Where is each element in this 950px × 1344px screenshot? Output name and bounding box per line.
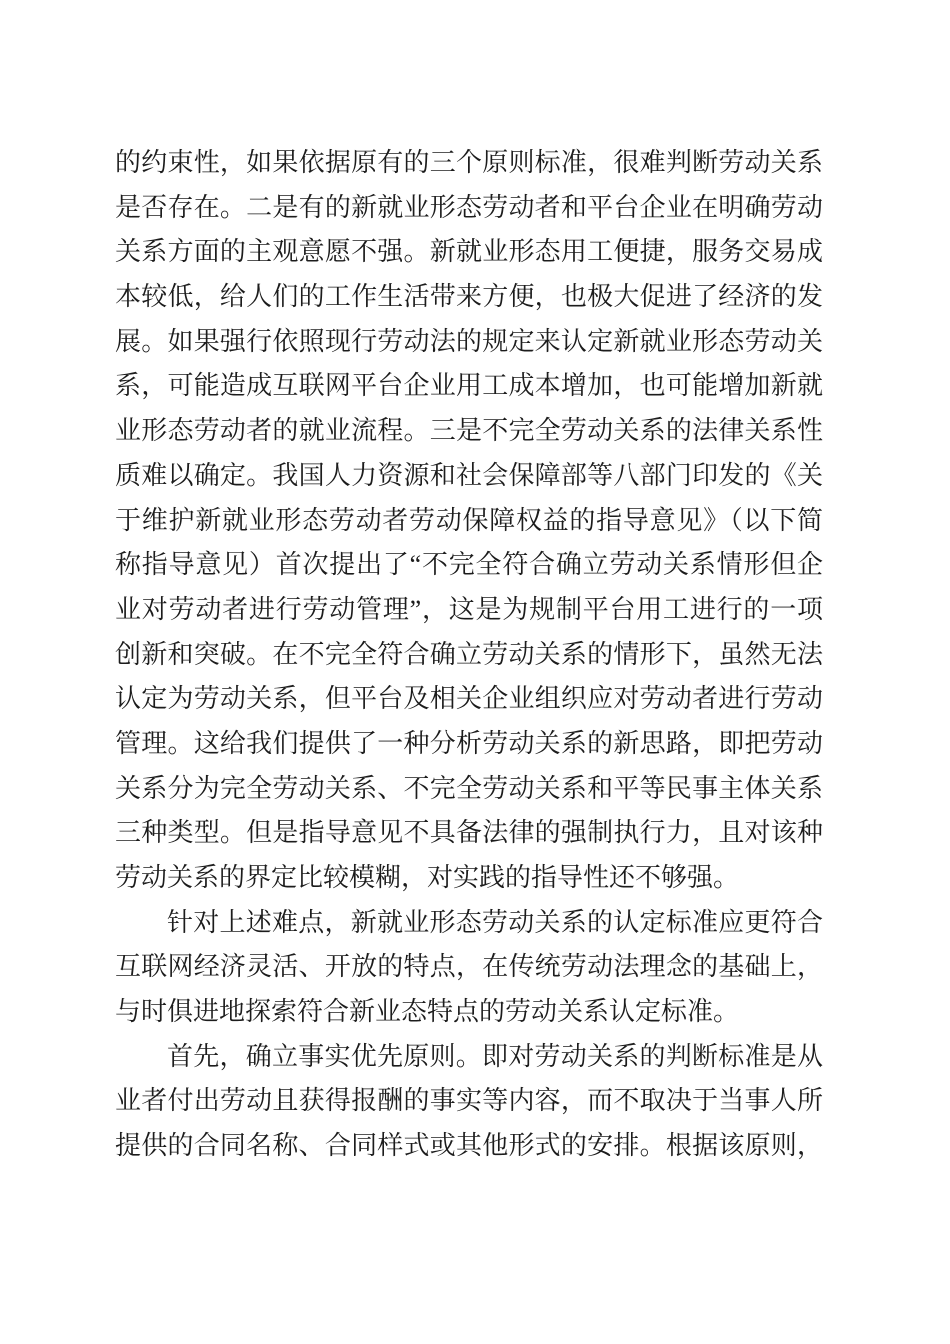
text-line: 互联网经济灵活、开放的特点，在传统劳动法理念的基础上， — [115, 945, 823, 990]
text-line: 提供的合同名称、合同样式或其他形式的安排。根据该原则， — [115, 1124, 823, 1169]
text-line: 首先，确立事实优先原则。即对劳动关系的判断标准是从 — [115, 1035, 823, 1080]
text-line: 的约束性，如果依据原有的三个原则标准，很难判断劳动关系 — [115, 141, 823, 186]
document-page: 的约束性，如果依据原有的三个原则标准，很难判断劳动关系 是否存在。二是有的新就业… — [0, 0, 950, 1344]
text-line: 关系方面的主观意愿不强。新就业形态用工便捷，服务交易成 — [115, 230, 823, 275]
text-line: 认定为劳动关系，但平台及相关企业组织应对劳动者进行劳动 — [115, 677, 823, 722]
text-line: 是否存在。二是有的新就业形态劳动者和平台企业在明确劳动 — [115, 186, 823, 231]
text-line: 业形态劳动者的就业流程。三是不完全劳动关系的法律关系性 — [115, 409, 823, 454]
text-line: 针对上述难点，新就业形态劳动关系的认定标准应更符合 — [115, 901, 823, 946]
text-line: 与时俱进地探索符合新业态特点的劳动关系认定标准。 — [115, 990, 823, 1035]
text-line: 劳动关系的界定比较模糊，对实践的指导性还不够强。 — [115, 856, 823, 901]
text-line: 业对劳动者进行劳动管理”，这是为规制平台用工进行的一项 — [115, 588, 823, 633]
text-line: 关系分为完全劳动关系、不完全劳动关系和平等民事主体关系 — [115, 767, 823, 812]
text-line: 三种类型。但是指导意见不具备法律的强制执行力，且对该种 — [115, 811, 823, 856]
text-line: 业者付出劳动且获得报酬的事实等内容，而不取决于当事人所 — [115, 1079, 823, 1124]
text-line: 创新和突破。在不完全符合确立劳动关系的情形下，虽然无法 — [115, 633, 823, 678]
text-line: 质难以确定。我国人力资源和社会保障部等八部门印发的《关 — [115, 454, 823, 499]
text-line: 称指导意见）首次提出了“不完全符合确立劳动关系情形但企 — [115, 543, 823, 588]
text-line: 于维护新就业形态劳动者劳动保障权益的指导意见》（以下简 — [115, 499, 823, 544]
text-line: 系，可能造成互联网平台企业用工成本增加，也可能增加新就 — [115, 364, 823, 409]
page-body: 的约束性，如果依据原有的三个原则标准，很难判断劳动关系 是否存在。二是有的新就业… — [115, 141, 823, 1169]
text-line: 管理。这给我们提供了一种分析劳动关系的新思路，即把劳动 — [115, 722, 823, 767]
text-line: 本较低，给人们的工作生活带来方便，也极大促进了经济的发 — [115, 275, 823, 320]
text-line: 展。如果强行依照现行劳动法的规定来认定新就业形态劳动关 — [115, 320, 823, 365]
